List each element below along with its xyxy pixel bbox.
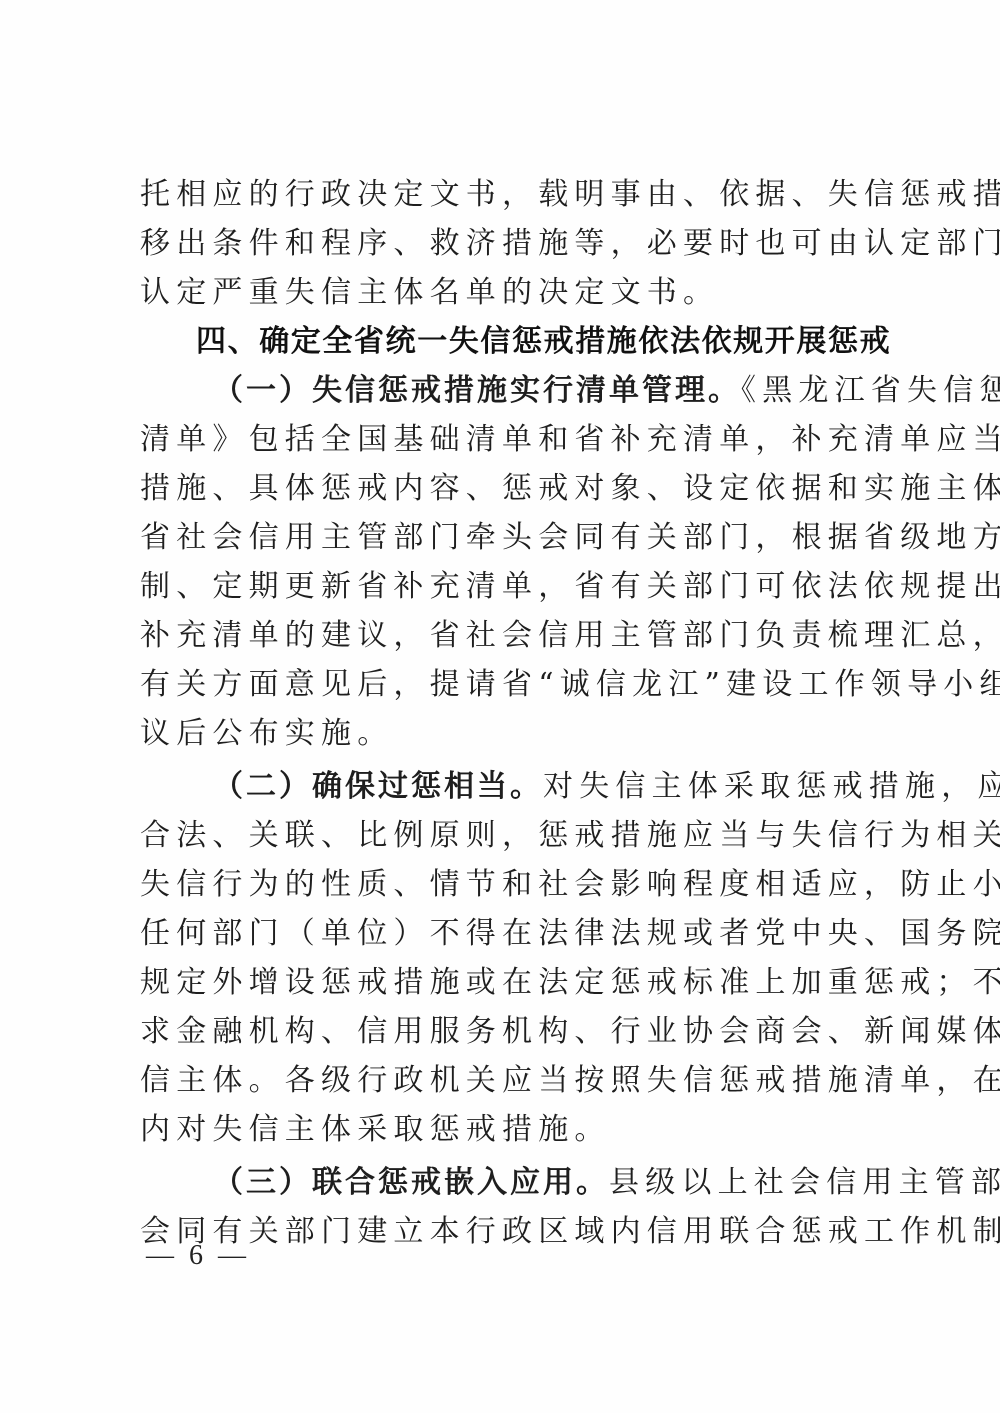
text-line: 措施、具体惩戒内容、惩戒对象、设定依据和实施主体等要素。 <box>140 464 880 513</box>
subsection-title: （一）失信惩戒措施实行清单管理。 <box>213 373 741 408</box>
subsection-title: （三）联合惩戒嵌入应用。 <box>213 1165 609 1200</box>
section-heading: 四、确定全省统一失信惩戒措施依法依规开展惩戒 <box>140 317 880 366</box>
subsection-title: （二）确保过惩相当。 <box>213 769 543 804</box>
document-body: 托相应的行政决定文书，载明事由、依据、失信惩戒措施提示、 移出条件和程序、救济措… <box>140 170 880 1256</box>
text-line: 制、定期更新省补充清单，省有关部门可依法依规提出拟纳入省 <box>140 562 880 611</box>
text-line: 内对失信主体采取惩戒措施。 <box>140 1105 880 1154</box>
text-line: 求金融机构、信用服务机构、行业协会商会、新闻媒体等惩戒失 <box>140 1007 880 1056</box>
document-page: 托相应的行政决定文书，载明事由、依据、失信惩戒措施提示、 移出条件和程序、救济措… <box>0 0 1000 1413</box>
text-line: 清单》包括全国基础清单和省补充清单，补充清单应当包括惩戒 <box>140 415 880 464</box>
text-line: 移出条件和程序、救济措施等，必要时也可由认定部门单独制作 <box>140 219 880 268</box>
text-line: 信主体。各级行政机关应当按照失信惩戒措施清单，在法定权限 <box>140 1056 880 1105</box>
text-span: 《黑龙江省失信惩戒措施 <box>741 373 1000 408</box>
text-line: 失信行为的性质、情节和社会影响程度相适应，防止小过重惩。 <box>140 860 880 909</box>
text-line: 认定严重失信主体名单的决定文书。 <box>140 268 880 317</box>
text-line: 托相应的行政决定文书，载明事由、依据、失信惩戒措施提示、 <box>140 170 880 219</box>
text-line: 省社会信用主管部门牵头会同有关部门，根据省级地方性法规编 <box>140 513 880 562</box>
subsection-first-line: （二）确保过惩相当。对失信主体采取惩戒措施，应当遵循 <box>140 762 880 811</box>
text-span: 对失信主体采取惩戒措施，应当遵循 <box>543 769 1000 804</box>
text-line: 有关方面意见后，提请省“诚信龙江”建设工作领导小组会议审 <box>140 660 880 709</box>
text-line: 议后公布实施。 <box>140 709 880 758</box>
text-line: 合法、关联、比例原则，惩戒措施应当与失信行为相关联，并与 <box>140 811 880 860</box>
text-line: 补充清单的建议，省社会信用主管部门负责梳理汇总，充分征求 <box>140 611 880 660</box>
subsection-first-line: （三）联合惩戒嵌入应用。县级以上社会信用主管部门应当 <box>140 1158 880 1207</box>
text-span: 县级以上社会信用主管部门应当 <box>609 1165 1000 1200</box>
text-line: 任何部门（单位）不得在法律法规或者党中央、国务院政策文件 <box>140 909 880 958</box>
text-line: 会同有关部门建立本行政区域内信用联合惩戒工作机制，将信用 <box>140 1207 880 1256</box>
text-line: 规定外增设惩戒措施或在法定惩戒标准上加重惩戒；不得强制要 <box>140 958 880 1007</box>
page-number: — 6 — <box>146 1240 250 1272</box>
subsection-first-line: （一）失信惩戒措施实行清单管理。《黑龙江省失信惩戒措施 <box>140 366 880 415</box>
